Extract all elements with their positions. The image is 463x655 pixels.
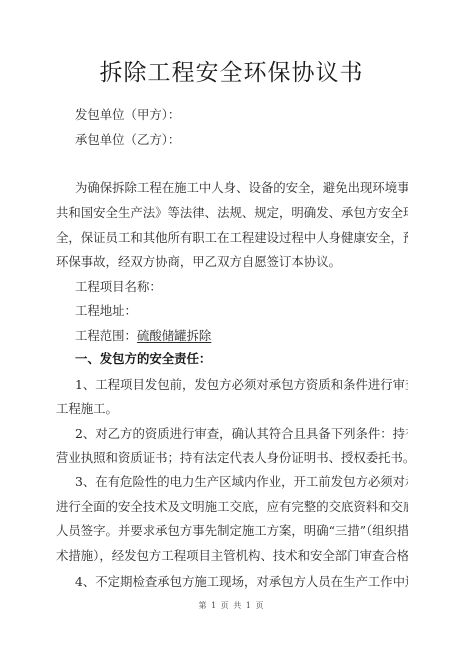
section-1-heading: 一、发包方的安全责任：	[75, 351, 408, 367]
project-scope-value: 硫酸储罐拆除	[137, 328, 211, 343]
document-title: 拆除工程安全环保协议书	[0, 54, 463, 87]
item-1-line-1: 1、工程项目发包前，发包方必须对承包方资质和条件进行审查，合格后方可进行	[75, 377, 408, 393]
project-scope-row: 工程范围：硫酸储罐拆除	[75, 328, 408, 344]
intro-line-4: 环保事故，经双方协商，甲乙双方自愿签订本协议。	[56, 254, 408, 270]
intro-line-1: 为确保拆除工程在施工中人身、设备的安全，避免出现环境事故，依据《中华人民	[75, 180, 408, 196]
item-2-line-1: 2、对乙方的资质进行审查，确认其符合且具备下列条件：持有有相关部门颁发的	[75, 426, 408, 442]
item-3-line-2: 进行全面的安全技术及文明施工交底，应有完整的交底资料和交底记录，并经双方交底	[56, 499, 408, 515]
item-3-line-1: 3、在有危险性的电力生产区域内作业，开工前发包方必须对承包方项目负责人等，	[75, 474, 408, 490]
document-page: 拆除工程安全环保协议书 发包单位（甲方）： 承包单位（乙方）： 为确保拆除工程在…	[0, 0, 463, 655]
party-a-label: 发包单位（甲方）：	[75, 107, 408, 123]
item-1-line-2: 工程施工。	[56, 401, 408, 417]
project-address-label: 工程地址：	[75, 303, 408, 319]
item-4-line-1: 4、不定期检查承包方施工现场，对承包方人员在生产工作中违反有关安全生产规	[75, 574, 408, 590]
intro-line-2: 共和国安全生产法》等法律、法规、规定，明确发、承包方安全环保责任，确保施工安	[56, 205, 408, 221]
intro-line-3: 全，保证员工和其他所有职工在工程建设过程中人身健康安全，预防发生各类施工安全	[56, 230, 408, 246]
page-footer: 第 1 页 共 1 页	[0, 600, 463, 611]
item-3-line-3: 人员签字。并要求承包方事先制定施工方案，明确“三措”（组织措施、安全措施、技	[56, 523, 408, 539]
project-name-label: 工程项目名称：	[75, 279, 408, 295]
project-scope-label: 工程范围：	[75, 328, 137, 343]
party-b-label: 承包单位（乙方）：	[75, 132, 408, 148]
item-3-line-4: 术措施），经发包方工程项目主管机构、技术和安全部门审查合格后方可施工。	[56, 548, 408, 564]
item-2-line-2: 营业执照和资质证书；持有法定代表人身份证明书、授权委托书。	[56, 450, 408, 466]
